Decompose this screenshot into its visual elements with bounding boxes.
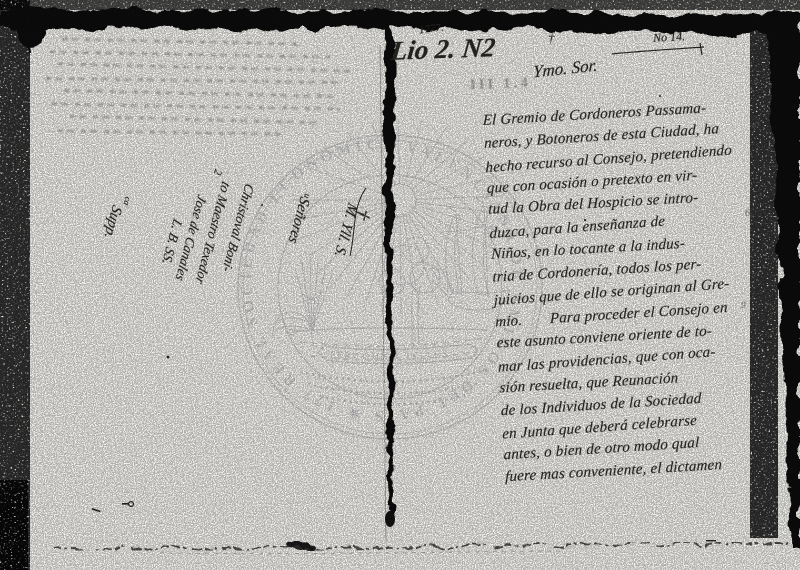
docket-supplica-superscript: ca	[122, 196, 133, 207]
margin-mark: 6.	[745, 208, 753, 219]
cross-invocation-mark: †	[548, 31, 555, 44]
bundle-number-label: Lio 2. N2	[390, 34, 497, 65]
folio-number-label: No 14.	[653, 30, 686, 44]
scanned-manuscript-page: FERT OMNIA TELLUS REAL SOCIEDAD ECONOMIC…	[0, 0, 800, 570]
letter-body: El Gremio de Cordoneros Passama- neros, …	[482, 95, 800, 492]
margin-mark: 9	[741, 300, 746, 310]
